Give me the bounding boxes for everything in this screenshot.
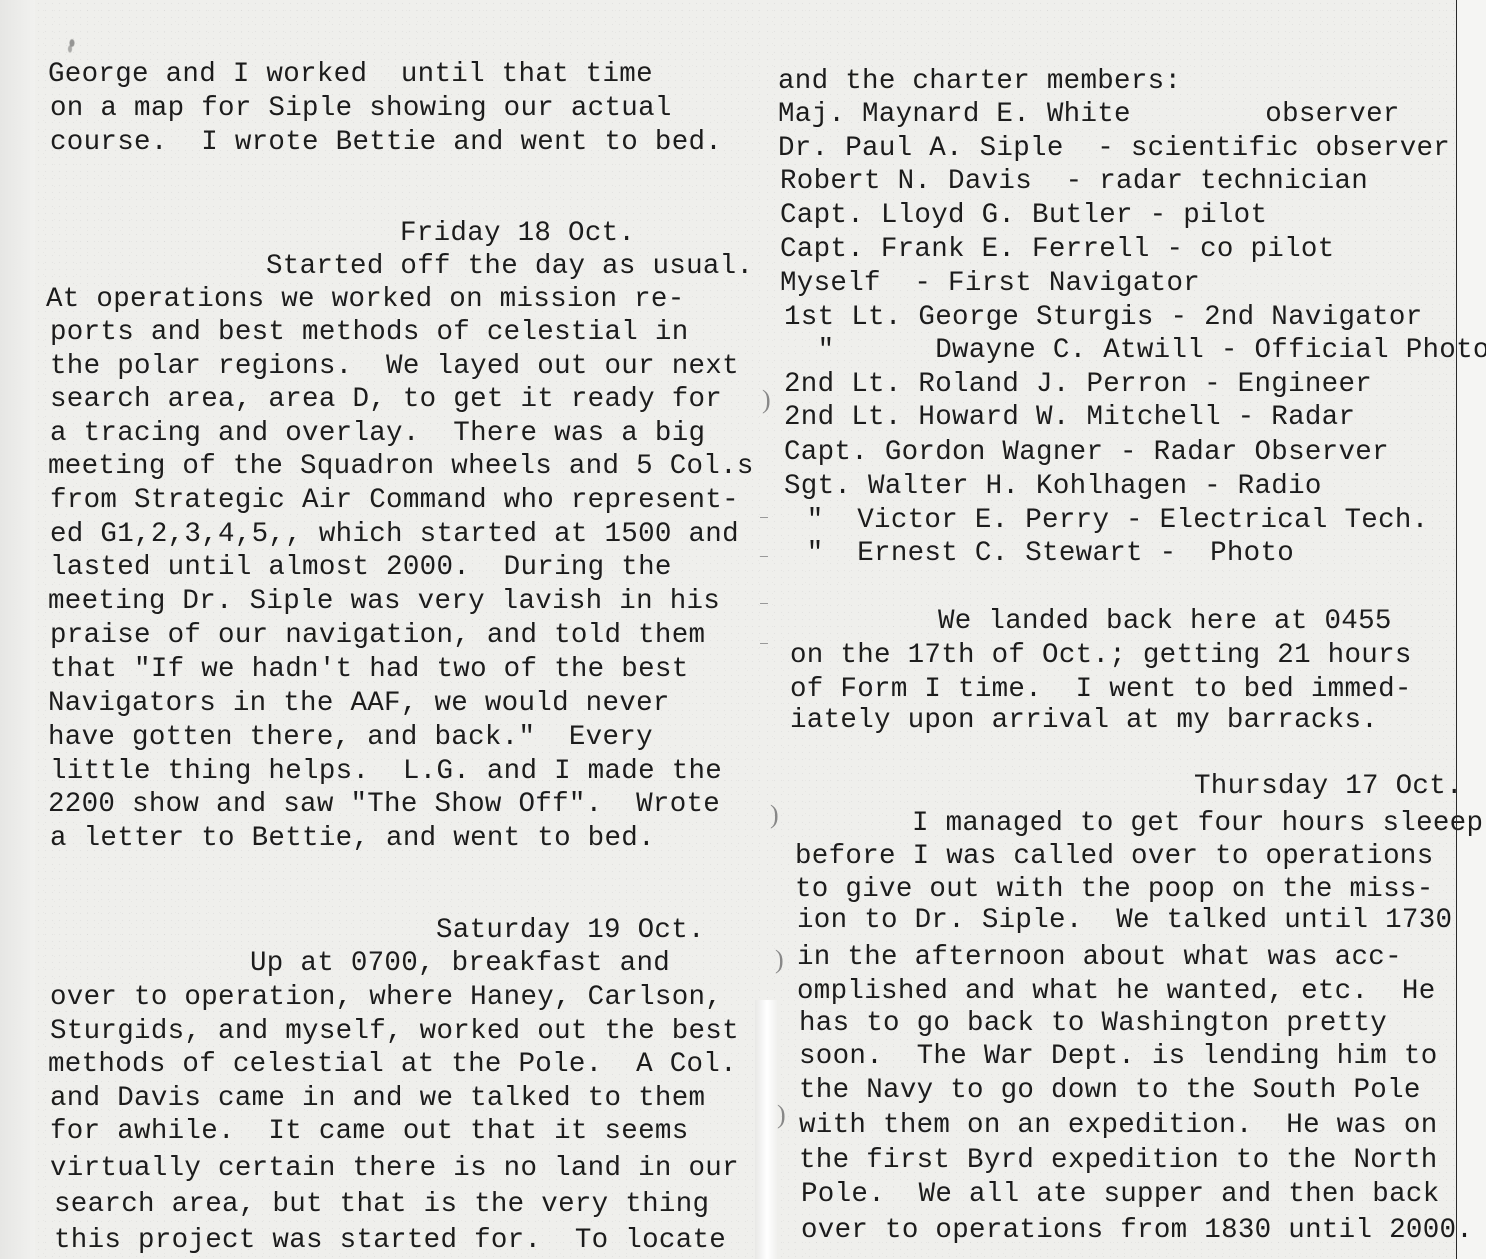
text-line: omplished and what he wanted, etc. He [797, 977, 1436, 1007]
day-heading-saturday: Saturday 19 Oct. [436, 916, 705, 946]
text-line: and Davis came in and we talked to them [50, 1084, 705, 1114]
text-line: ed G1,2,3,4,5,, which started at 1500 an… [50, 520, 739, 550]
punch-mark: ) [775, 945, 784, 975]
member-line: Sgt. Walter H. Kohlhagen - Radio [784, 472, 1322, 502]
text-line: on the 17th of Oct.; getting 21 hours [790, 641, 1412, 671]
text-line: the polar regions. We layed out our next [50, 352, 739, 382]
text-line: the Navy to go down to the South Pole [799, 1076, 1421, 1106]
text-line: search area, but that is the very thing [54, 1190, 709, 1220]
punch-mark: ) [777, 1100, 786, 1130]
text-line: meeting Dr. Siple was very lavish in his [48, 587, 720, 617]
member-line: Myself - First Navigator [780, 269, 1200, 299]
scan-mark [760, 603, 768, 604]
day-heading-thursday: Thursday 17 Oct. [1194, 772, 1463, 802]
text-line: on a map for Siple showing our actual [50, 94, 672, 124]
member-line: Capt. Gordon Wagner - Radar Observer [784, 438, 1389, 468]
text-line: I managed to get four hours sleeep [912, 809, 1483, 839]
text-line: with them on an expedition. He was on [799, 1111, 1438, 1141]
text-line: At operations we worked on mission re- [46, 285, 685, 315]
text-line: We landed back here at 0455 [938, 607, 1392, 637]
text-line: have gotten there, and back." Every [48, 723, 653, 753]
member-line: Capt. Lloyd G. Butler - pilot [780, 201, 1267, 231]
day-heading-friday: Friday 18 Oct. [400, 219, 635, 249]
text-line: for awhile. It came out that it seems [50, 1117, 689, 1147]
text-line: over to operations from 1830 until 2000. [801, 1216, 1473, 1246]
text-line: of Form I time. I went to bed immed- [790, 675, 1412, 705]
member-line: Robert N. Davis - radar technician [780, 167, 1368, 197]
text-line: a tracing and overlay. There was a big [50, 419, 705, 449]
scan-left-margin [0, 0, 35, 1259]
text-line: George and I worked until that time [48, 60, 653, 90]
member-line: 1st Lt. George Sturgis - 2nd Navigator [784, 303, 1423, 333]
scan-mark [760, 643, 768, 644]
text-line: Sturgids, and myself, worked out the bes… [50, 1017, 739, 1047]
text-line: to give out with the poop on the miss- [795, 875, 1434, 905]
member-list-intro: and the charter members: [778, 67, 1181, 97]
member-line: " Ernest C. Stewart - Photo [790, 539, 1294, 569]
text-line: praise of our navigation, and told them [50, 621, 705, 651]
text-line: methods of celestial at the Pole. A Col. [48, 1050, 737, 1080]
text-line: before I was called over to operations [795, 842, 1434, 872]
member-line: 2nd Lt. Howard W. Mitchell - Radar [784, 403, 1355, 433]
text-line: iately upon arrival at my barracks. [790, 706, 1378, 736]
text-line: has to go back to Washington pretty [799, 1009, 1387, 1039]
text-line: that "If we hadn't had two of the best [50, 655, 689, 685]
punch-mark: ) [762, 385, 771, 415]
text-line: Started off the day as usual. [266, 252, 753, 282]
punch-mark: ) [770, 800, 779, 830]
text-line: this project was started for. To locate [54, 1226, 726, 1256]
member-line: Maj. Maynard E. White observer [778, 100, 1400, 130]
text-line: lasted until almost 2000. During the [50, 553, 672, 583]
text-line: virtually certain there is no land in ou… [50, 1154, 739, 1184]
text-line: soon. The War Dept. is lending him to [799, 1042, 1438, 1072]
text-line: a letter to Bettie, and went to bed. [50, 824, 655, 854]
scan-right-margin [1458, 0, 1486, 1259]
text-line: little thing helps. L.G. and I made the [50, 757, 722, 787]
page-gutter [755, 1000, 777, 1259]
text-line: Navigators in the AAF, we would never [48, 689, 670, 719]
text-line: from Strategic Air Command who represent… [50, 486, 739, 516]
text-line: Pole. We all ate supper and then back [801, 1180, 1440, 1210]
text-line: 2200 show and saw "The Show Off". Wrote [48, 790, 720, 820]
text-line: ion to Dr. Siple. We talked until 1730 [797, 906, 1452, 936]
text-line: course. I wrote Bettie and went to bed. [50, 128, 722, 158]
text-line: Up at 0700, breakfast and [250, 949, 670, 979]
scan-mark [760, 517, 768, 518]
member-line: " Dwayne C. Atwill - Official Photo [784, 336, 1486, 366]
ink-smudge [62, 28, 82, 58]
member-line: " Victor E. Perry - Electrical Tech. [790, 506, 1429, 536]
member-line: Capt. Frank E. Ferrell - co pilot [780, 235, 1335, 265]
text-line: meeting of the Squadron wheels and 5 Col… [48, 452, 754, 482]
text-line: ports and best methods of celestial in [50, 318, 689, 348]
text-line: the first Byrd expedition to the North [799, 1146, 1438, 1176]
scan-mark [760, 556, 768, 557]
member-line: 2nd Lt. Roland J. Perron - Engineer [784, 370, 1372, 400]
text-line: search area, area D, to get it ready for [50, 385, 722, 415]
text-line: over to operation, where Haney, Carlson, [50, 983, 722, 1013]
text-line: in the afternoon about what was acc- [797, 943, 1402, 973]
member-line: Dr. Paul A. Siple - scientific observer [778, 134, 1450, 164]
